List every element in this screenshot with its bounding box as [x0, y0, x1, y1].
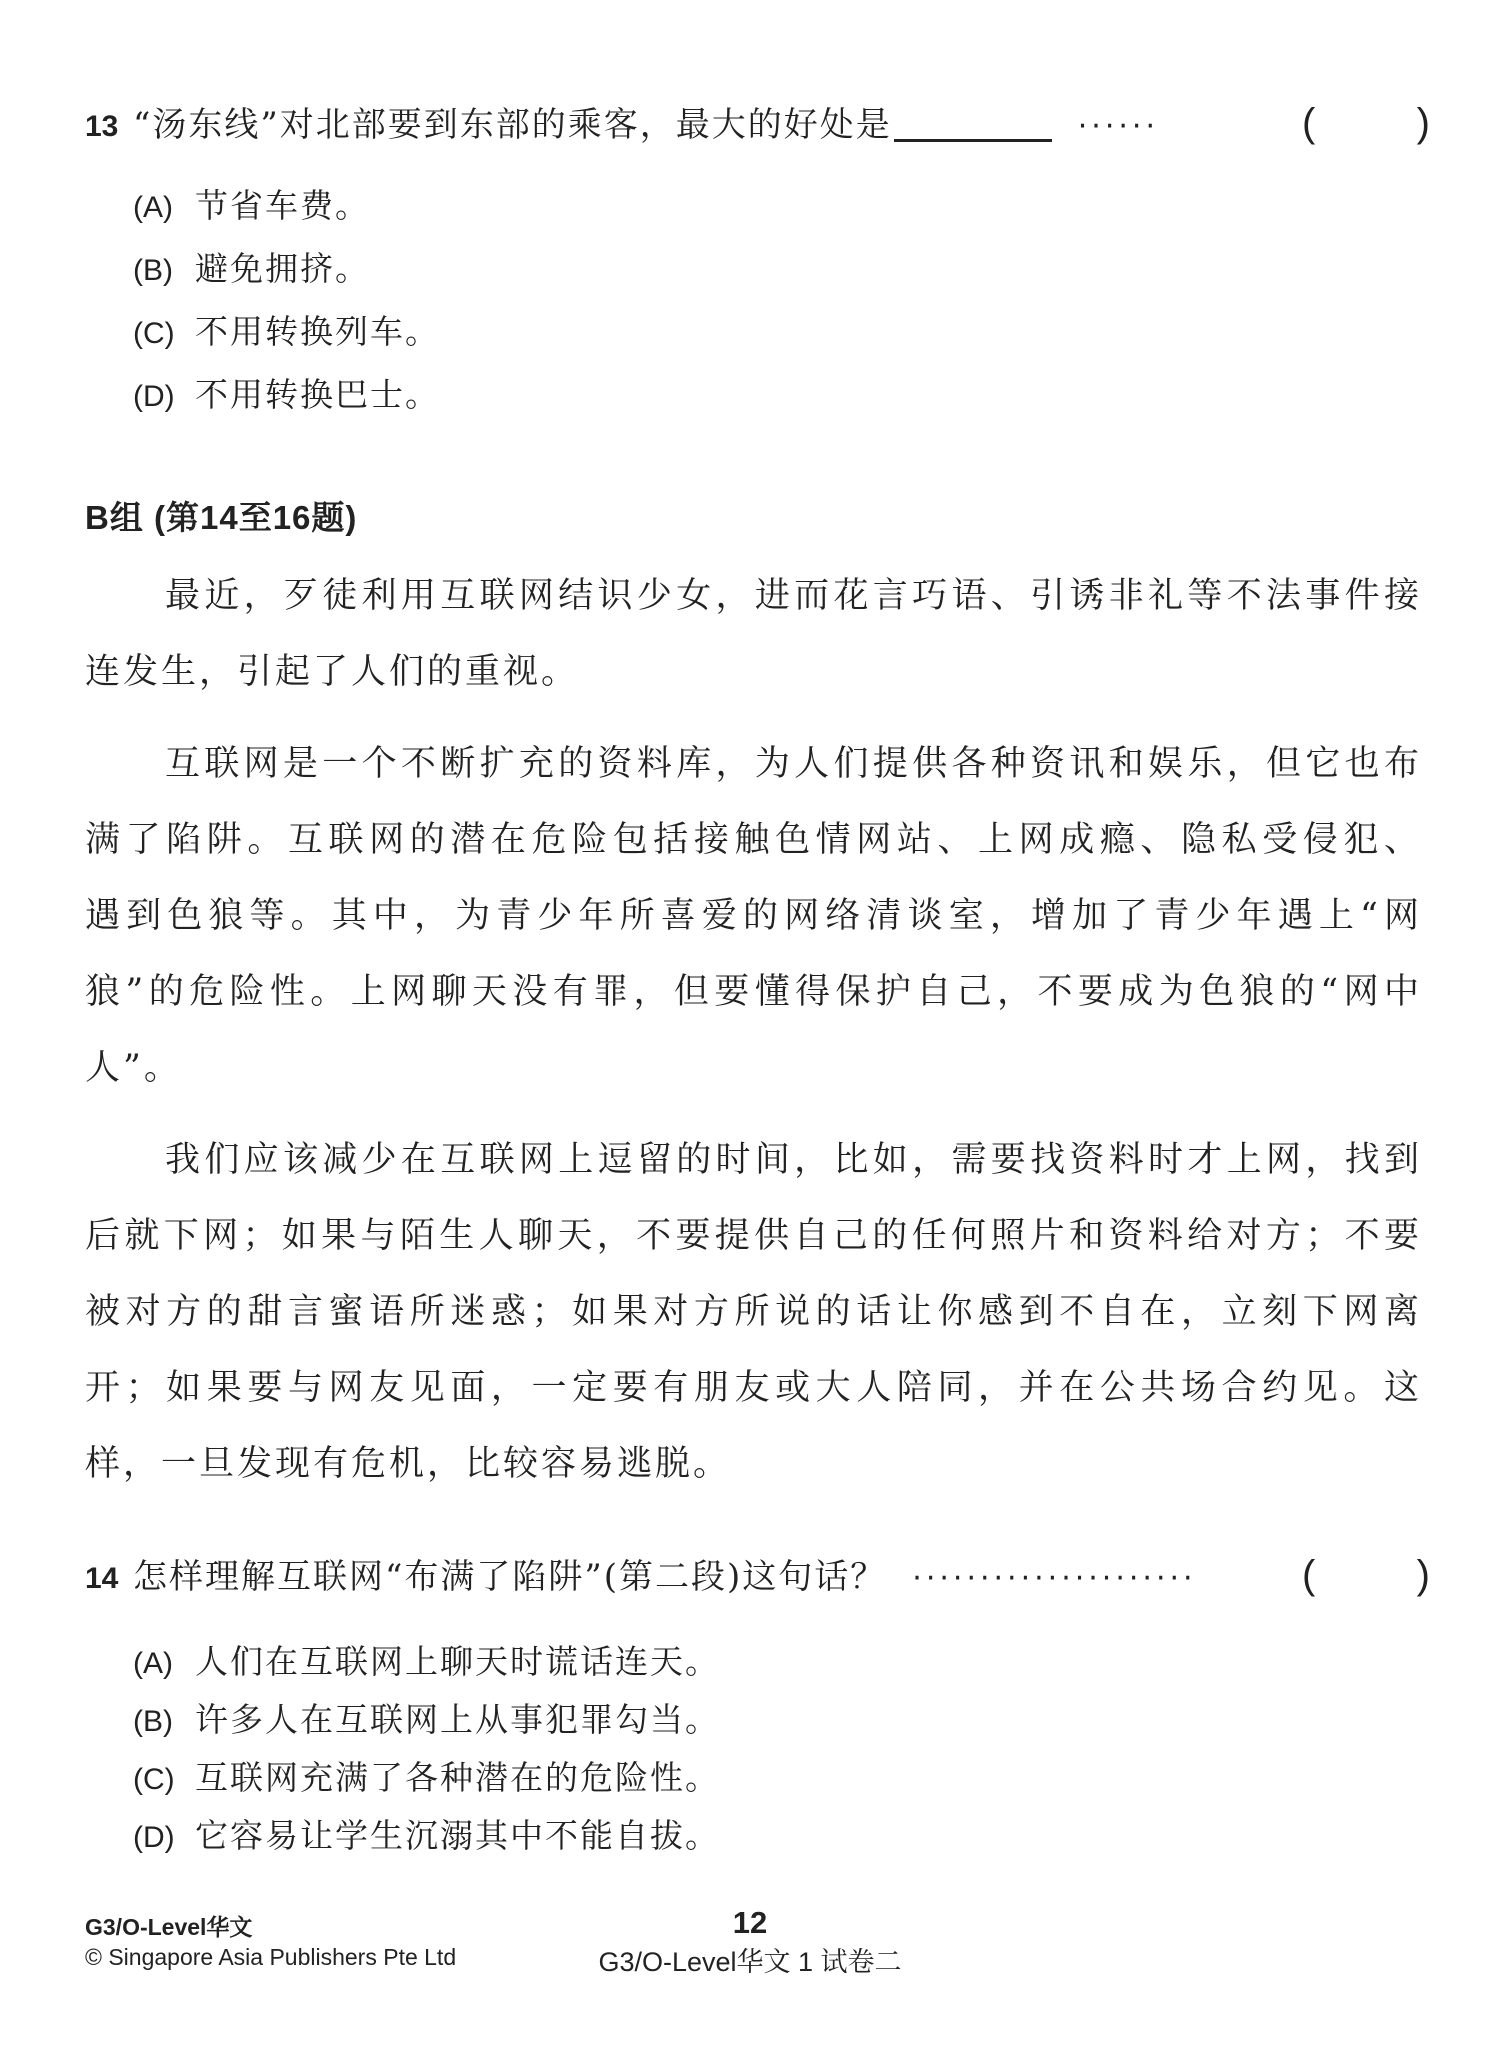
- page-number: 12: [598, 1906, 901, 1940]
- passage-line: 最近，歹徒利用互联网结识少女，进而花言巧语、引诱非礼等不法事件接: [85, 558, 1422, 634]
- option-d-text: 它容易让学生沉溺其中不能自拔。: [195, 1814, 720, 1858]
- option-b: (B) 许多人在互联网上从事犯罪勾当。: [133, 1698, 1430, 1742]
- option-d-label: (D): [133, 1821, 195, 1855]
- option-c: (C) 不用转换列车。: [133, 310, 1430, 354]
- footer-copyright: © Singapore Asia Publishers Pte Ltd: [85, 1942, 456, 1972]
- option-a-label: (A): [133, 1647, 195, 1681]
- question-14-number: 14: [85, 1556, 133, 1602]
- passage-line: 后就下网；如果与陌生人聊天，不要提供自己的任何照片和资料给对方；不要: [85, 1198, 1422, 1274]
- option-a-text: 节省车费。: [195, 184, 370, 228]
- footer-caption: G3/O-Level华文 1 试卷二: [598, 1944, 901, 1980]
- option-b: (B) 避免拥挤。: [133, 247, 1430, 291]
- dotted-leader: ·····················: [912, 1556, 1196, 1602]
- option-a-label: (A): [133, 191, 195, 225]
- passage-line: 开；如果要与网友见面，一定要有朋友或大人陪同，并在公共场合约见。这: [85, 1350, 1422, 1426]
- footer-series-title: G3/O-Level华文: [85, 1912, 456, 1942]
- answer-brackets: ( ): [1302, 1552, 1430, 1598]
- question-13-text: “汤东线”对北部要到东部的乘客，最大的好处是: [133, 102, 892, 148]
- answer-brackets: ( ): [1302, 100, 1430, 146]
- question-14-options: (A) 人们在互联网上聊天时谎话连天。 (B) 许多人在互联网上从事犯罪勾当。 …: [85, 1640, 1430, 1858]
- answer-blank-line: [894, 138, 1052, 142]
- option-a: (A) 人们在互联网上聊天时谎话连天。: [133, 1640, 1430, 1684]
- section-b-header: B组 (第14至16题): [85, 498, 357, 538]
- option-c: (C) 互联网充满了各种潜在的危险性。: [133, 1756, 1430, 1800]
- option-c-text: 互联网充满了各种潜在的危险性。: [195, 1756, 720, 1800]
- option-b-label: (B): [133, 254, 195, 288]
- option-b-label: (B): [133, 1705, 195, 1739]
- question-13-number: 13: [85, 104, 133, 150]
- footer-center: 12 G3/O-Level华文 1 试卷二: [598, 1906, 901, 1980]
- close-paren: ): [1417, 1552, 1430, 1598]
- open-paren: (: [1302, 1552, 1315, 1598]
- option-c-label: (C): [133, 317, 195, 351]
- open-paren: (: [1302, 100, 1315, 146]
- passage-line: 遇到色狼等。其中，为青少年所喜爱的网络清谈室，增加了青少年遇上“网: [85, 878, 1422, 954]
- option-d: (D) 它容易让学生沉溺其中不能自拔。: [133, 1814, 1430, 1858]
- question-14-line: 14 怎样理解互联网“布满了陷阱”(第二段)这句话？ ·············…: [85, 1552, 1430, 1602]
- option-b-text: 许多人在互联网上从事犯罪勾当。: [195, 1698, 720, 1742]
- option-b-text: 避免拥挤。: [195, 247, 370, 291]
- page-footer: G3/O-Level华文 © Singapore Asia Publishers…: [0, 1912, 1500, 2012]
- option-d: (D) 不用转换巴士。: [133, 373, 1430, 417]
- paragraph-3: 我们应该减少在互联网上逗留的时间，比如，需要找资料时才上网，找到 后就下网；如果…: [85, 1122, 1422, 1502]
- option-c-label: (C): [133, 1763, 195, 1797]
- passage-line: 狼”的危险性。上网聊天没有罪，但要懂得保护自己，不要成为色狼的“网中: [85, 954, 1422, 1030]
- question-13-line: 13 “汤东线”对北部要到东部的乘客，最大的好处是 ······ ( ): [85, 100, 1430, 150]
- option-c-text: 不用转换列车。: [195, 310, 440, 354]
- reading-passage: 最近，歹徒利用互联网结识少女，进而花言巧语、引诱非礼等不法事件接 连发生，引起了…: [85, 558, 1422, 1518]
- option-d-label: (D): [133, 380, 195, 414]
- paragraph-1: 最近，歹徒利用互联网结识少女，进而花言巧语、引诱非礼等不法事件接 连发生，引起了…: [85, 558, 1422, 710]
- paragraph-2: 互联网是一个不断扩充的资料库，为人们提供各种资讯和娱乐，但它也布 满了陷阱。互联…: [85, 726, 1422, 1106]
- question-13: 13 “汤东线”对北部要到东部的乘客，最大的好处是 ······ ( ) (A)…: [85, 100, 1430, 436]
- passage-line: 样，一旦发现有危机，比较容易逃脱。: [85, 1426, 1422, 1502]
- exam-page: 13 “汤东线”对北部要到东部的乘客，最大的好处是 ······ ( ) (A)…: [0, 0, 1500, 2048]
- option-d-text: 不用转换巴士。: [195, 373, 440, 417]
- passage-line: 我们应该减少在互联网上逗留的时间，比如，需要找资料时才上网，找到: [85, 1122, 1422, 1198]
- option-a-text: 人们在互联网上聊天时谎话连天。: [195, 1640, 720, 1684]
- passage-line: 被对方的甜言蜜语所迷惑；如果对方所说的话让你感到不自在，立刻下网离: [85, 1274, 1422, 1350]
- question-13-options: (A) 节省车费。 (B) 避免拥挤。 (C) 不用转换列车。 (D) 不用转换…: [85, 184, 1430, 417]
- passage-line: 满了陷阱。互联网的潜在危险包括接触色情网站、上网成瘾、隐私受侵犯、: [85, 802, 1422, 878]
- footer-publisher: G3/O-Level华文 © Singapore Asia Publishers…: [85, 1912, 456, 1972]
- close-paren: ): [1417, 100, 1430, 146]
- option-a: (A) 节省车费。: [133, 184, 1430, 228]
- dotted-leader: ······: [1078, 104, 1159, 150]
- passage-line: 人”。: [85, 1030, 1422, 1106]
- question-14-text: 怎样理解互联网“布满了陷阱”(第二段)这句话？: [133, 1554, 886, 1600]
- passage-line: 连发生，引起了人们的重视。: [85, 634, 1422, 710]
- passage-line: 互联网是一个不断扩充的资料库，为人们提供各种资讯和娱乐，但它也布: [85, 726, 1422, 802]
- question-14: 14 怎样理解互联网“布满了陷阱”(第二段)这句话？ ·············…: [85, 1552, 1430, 1872]
